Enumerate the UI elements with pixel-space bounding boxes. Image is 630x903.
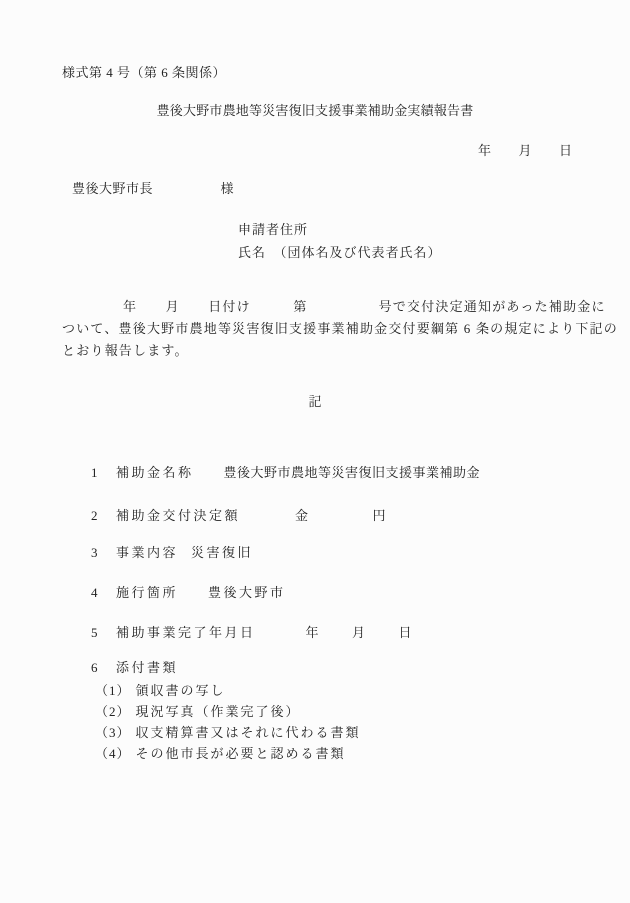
- item-number: 4: [91, 586, 116, 599]
- item-value: 豊後大野市農地等災害復旧支援事業補助金: [224, 465, 481, 480]
- item-number: 3: [91, 546, 116, 559]
- attachment-text: その他市長が必要と認める書類: [136, 746, 346, 761]
- applicant-name-label: 氏名 （団体名及び代表者氏名）: [238, 246, 442, 259]
- item-number: 5: [91, 626, 116, 639]
- body-paragraph-line-2: ついて、豊後大野市農地等災害復旧支援事業補助金交付要綱第 6 条の規定により下記…: [62, 322, 618, 335]
- item-subsidy-name: 1補助金名称豊後大野市農地等災害復旧支援事業補助金: [78, 453, 480, 492]
- attachment-other-documents: （4）その他市長が必要と認める書類: [82, 734, 346, 773]
- item-value: 金 円: [295, 508, 388, 523]
- item-value: 年 月 日: [306, 625, 415, 640]
- item-number: 1: [91, 466, 116, 479]
- item-number: 2: [91, 509, 116, 522]
- body-paragraph-line-3: とおり報告します。: [62, 344, 189, 357]
- page-title: 豊後大野市農地等災害復旧支援事業補助金実績報告書: [0, 104, 630, 117]
- item-label: 施行箇所: [116, 585, 178, 600]
- addressee-line: 豊後大野市長 様: [72, 182, 234, 195]
- body-paragraph-line-1: 年 月 日付け 第 号で交付決定通知があった補助金に: [123, 300, 606, 313]
- section-marker-ki: 記: [0, 395, 630, 408]
- attachment-number: （4）: [95, 746, 131, 761]
- date-blank-line: 年 月 日: [478, 144, 573, 157]
- item-label: 事業内容: [116, 545, 178, 560]
- form-number: 様式第 4 号（第 6 条関係）: [62, 66, 226, 79]
- item-grant-decision-amount: 2補助金交付決定額金 円: [78, 496, 388, 535]
- item-work-location: 4施行箇所豊後大野市: [78, 573, 286, 612]
- item-project-description: 3事業内容災害復旧: [78, 533, 253, 572]
- item-label: 補助事業完了年月日: [116, 625, 256, 640]
- item-label: 補助金名称: [116, 465, 194, 480]
- item-label: 補助金交付決定額: [116, 508, 240, 523]
- document-page: 様式第 4 号（第 6 条関係） 豊後大野市農地等災害復旧支援事業補助金実績報告…: [0, 0, 630, 903]
- item-value: 豊後大野市: [208, 585, 286, 600]
- applicant-address-label: 申請者住所: [238, 223, 308, 236]
- item-value: 災害復旧: [191, 545, 253, 560]
- item-completion-date: 5補助事業完了年月日年 月 日: [78, 613, 414, 652]
